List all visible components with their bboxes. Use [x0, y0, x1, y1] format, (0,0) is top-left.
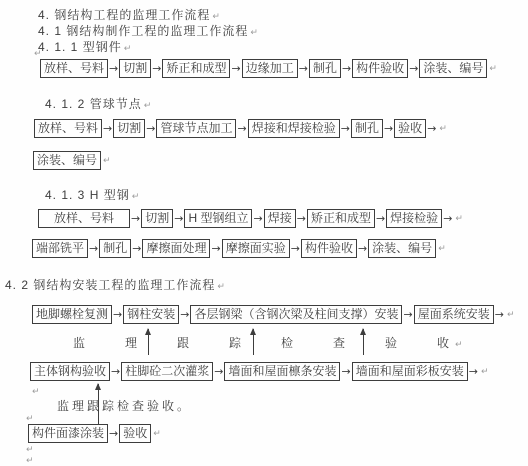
heading-4: 4. 钢结构工程的监理工作流程↵: [38, 6, 220, 23]
paragraph-mark-icon: ↵: [26, 455, 34, 466]
arrow-right-icon: →: [132, 242, 141, 255]
arrow-right-icon: →: [231, 62, 240, 75]
document-page: 4. 钢结构工程的监理工作流程↵ 4. 1 钢结构制作工程的监理工作流程↵ 4.…: [0, 0, 528, 466]
flow-step-box: 制孔: [99, 239, 131, 258]
flow-step-box: 屋面系统安装: [414, 305, 494, 324]
flow-h-steel-2: 端部铣平→制孔→摩擦面处理→摩擦面实验→构件验收→涂装、编号↵: [32, 239, 446, 258]
supervision-track-note-label: 监理跟踪检查验收。: [57, 399, 192, 413]
flow-step-box: 制孔: [351, 119, 383, 138]
arrow-right-icon: →: [174, 212, 183, 225]
arrow-right-icon: →: [384, 122, 393, 135]
flow-step-box: 切割: [141, 209, 173, 228]
flow-step-box: 焊接和焊接检验: [248, 119, 340, 138]
flow-step-box: 涂装、编号: [368, 239, 436, 258]
flow-step-box: 边缘加工: [242, 59, 298, 78]
heading-4-2-text: 4. 2 钢结构安装工程的监理工作流程: [5, 278, 215, 292]
arrow-right-icon: →: [341, 365, 350, 378]
paragraph-mark-icon: ↵: [34, 48, 42, 59]
paragraph-mark-icon: ↵: [507, 309, 515, 320]
flow-step-box: 涂装、编号: [33, 151, 101, 170]
flow-step-box: 柱脚砼二次灌浆: [121, 362, 213, 381]
arrow-right-icon: →: [214, 365, 223, 378]
arrow-right-icon: →: [341, 122, 350, 135]
arrow-right-icon: →: [253, 212, 262, 225]
paragraph-mark-icon: ↵: [481, 366, 489, 377]
arrow-right-icon: →: [376, 212, 385, 225]
arrow-right-icon: →: [89, 242, 98, 255]
paragraph-mark-icon: ↵: [132, 191, 140, 201]
flow-step-box: 放样、号料: [40, 59, 108, 78]
paragraph-mark-icon: ↵: [144, 100, 152, 110]
flow-pipe-ball-1: 放样、号料→切割→管球节点加工→焊接和焊接检验→制孔→验收→↵: [34, 119, 447, 138]
flow-install-1: 地脚螺栓复测→钢柱安装→各层钢梁（含钢次梁及柱间支撑）安装→屋面系统安装→↵: [32, 305, 514, 324]
heading-4-1-1: 4. 1. 1 型钢件↵: [38, 38, 131, 55]
supervision-track-spread-label: 监理跟踪检查验收: [73, 336, 489, 350]
flow-step-box: 构件验收: [301, 239, 357, 258]
arrow-right-icon: →: [495, 308, 504, 321]
arrow-right-icon: →: [237, 122, 246, 135]
flow-step-box: 端部铣平: [32, 239, 88, 258]
flow-step-box: H 型钢组立: [184, 209, 252, 228]
arrow-right-icon: →: [211, 242, 220, 255]
flow-step-box: 焊接检验: [386, 209, 442, 228]
flow-install-3: 构件面漆涂装→验收↵: [28, 424, 161, 443]
flow-step-box: 摩擦面处理: [142, 239, 210, 258]
arrow-right-icon: →: [146, 122, 155, 135]
arrow-right-icon: →: [299, 62, 308, 75]
paragraph-mark-icon: ↵: [250, 27, 258, 37]
heading-4-text: 4. 钢结构工程的监理工作流程: [38, 8, 210, 22]
heading-4-1-text: 4. 1 钢结构制作工程的监理工作流程: [38, 24, 248, 38]
supervision-track-spread-text: 监理跟踪检查验收↵: [73, 334, 463, 351]
flow-step-box: 放样、号料: [38, 209, 130, 228]
arrow-right-icon: →: [291, 242, 300, 255]
flow-shape-steel: 放样、号料→切割→矫正和成型→边缘加工→制孔→构件验收→涂装、编号↵: [40, 59, 497, 78]
flow-step-box: 制孔: [309, 59, 341, 78]
paragraph-mark-icon: ↵: [153, 428, 161, 439]
paragraph-mark-icon: ↵: [26, 413, 34, 424]
flow-step-box: 涂装、编号: [419, 59, 487, 78]
flow-step-box: 验收: [119, 424, 151, 443]
paragraph-mark-icon: ↵: [32, 386, 40, 397]
flow-step-box: 构件面漆涂装: [28, 424, 108, 443]
heading-4-1: 4. 1 钢结构制作工程的监理工作流程↵: [38, 22, 258, 39]
paragraph-mark-icon: ↵: [217, 281, 225, 291]
flow-step-box: 管球节点加工: [156, 119, 236, 138]
flow-step-box: 主体钢构验收: [30, 362, 110, 381]
heading-4-1-3: 4. 1. 3 H 型钢↵: [45, 186, 139, 203]
paragraph-mark-icon: ↵: [103, 155, 111, 166]
paragraph-mark-icon: ↵: [438, 243, 446, 254]
arrow-right-icon: →: [131, 212, 140, 225]
flow-step-box: 切割: [113, 119, 145, 138]
flow-step-box: 钢柱安装: [123, 305, 179, 324]
flow-step-box: 焊接: [264, 209, 296, 228]
arrow-right-icon: →: [109, 62, 118, 75]
paragraph-mark-icon: ↵: [124, 43, 132, 53]
heading-4-1-2: 4. 1. 2 管球节点↵: [45, 95, 151, 112]
heading-4-2: 4. 2 钢结构安装工程的监理工作流程↵: [5, 276, 225, 293]
flow-install-2: 主体钢构验收→柱脚砼二次灌浆→墙面和屋面檩条安装→墙面和屋面彩板安装→↵: [30, 362, 488, 381]
arrow-right-icon: →: [403, 308, 412, 321]
flow-step-box: 切割: [119, 59, 151, 78]
arrow-right-icon: →: [111, 365, 120, 378]
flow-step-box: 矫正和成型: [307, 209, 375, 228]
flow-step-box: 摩擦面实验: [222, 239, 290, 258]
paragraph-mark-icon: ↵: [26, 444, 34, 455]
arrow-right-icon: →: [342, 62, 351, 75]
supervision-track-note: 监理跟踪检查验收。: [57, 397, 192, 414]
paragraph-mark-icon: ↵: [439, 123, 447, 134]
paragraph-mark-icon: ↵: [455, 339, 463, 349]
flow-step-box: 地脚螺栓复测: [32, 305, 112, 324]
paragraph-mark-icon: ↵: [455, 213, 463, 224]
flow-step-box: 墙面和屋面彩板安装: [352, 362, 468, 381]
flow-step-box: 构件验收: [352, 59, 408, 78]
arrow-right-icon: →: [113, 308, 122, 321]
flow-step-box: 放样、号料: [34, 119, 102, 138]
flow-step-box: 墙面和屋面檩条安装: [224, 362, 340, 381]
arrow-right-icon: →: [152, 62, 161, 75]
heading-4-1-3-text: 4. 1. 3 H 型钢: [45, 188, 130, 202]
flow-step-box: 矫正和成型: [162, 59, 230, 78]
arrow-right-icon: →: [427, 122, 436, 135]
arrow-right-icon: →: [469, 365, 478, 378]
arrow-right-icon: →: [109, 427, 118, 440]
flow-h-steel-1: 放样、号料→切割→H 型钢组立→焊接→矫正和成型→焊接检验→↵: [38, 209, 463, 228]
flow-step-box: 各层钢梁（含钢次梁及柱间支撑）安装: [190, 305, 402, 324]
flow-pipe-ball-2: 涂装、编号↵: [33, 151, 111, 170]
paragraph-mark-icon: ↵: [212, 11, 220, 21]
heading-4-1-1-text: 4. 1. 1 型钢件: [38, 40, 122, 54]
arrow-right-icon: →: [180, 308, 189, 321]
arrow-right-icon: →: [297, 212, 306, 225]
heading-4-1-2-text: 4. 1. 2 管球节点: [45, 97, 142, 111]
arrow-right-icon: →: [103, 122, 112, 135]
arrow-right-icon: →: [409, 62, 418, 75]
paragraph-mark-icon: ↵: [489, 63, 497, 74]
arrow-right-icon: →: [358, 242, 367, 255]
flow-step-box: 验收: [394, 119, 426, 138]
arrow-right-icon: →: [443, 212, 452, 225]
